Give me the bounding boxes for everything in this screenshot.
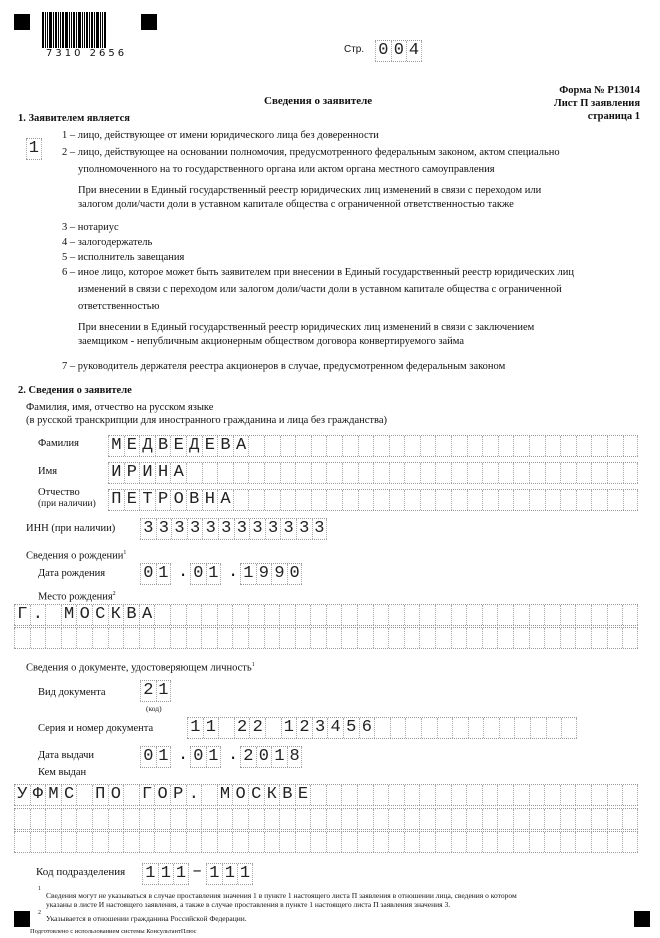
char-cell [576,463,592,483]
char-cell: 3 [296,519,312,539]
issue-date-label: Дата выдачи [38,749,94,762]
char-cell [591,436,607,456]
char-cell: С [61,785,77,805]
char-cell [529,628,545,648]
char-cell [499,718,515,738]
char-cell: В [123,605,139,625]
option-2-note: При внесении в Единый государственный ре… [78,184,541,197]
char-cell [232,628,248,648]
char-cell [544,832,560,852]
char-cell [591,463,607,483]
char-cell [404,490,420,510]
char-cell: 4 [327,718,343,738]
date-separator: . [178,746,188,766]
char-cell [123,785,139,805]
char-cell [170,832,186,852]
char-cell [482,809,498,829]
char-cell [248,605,264,625]
prepared-with-note: Подготовлено с использованием системы Ко… [30,928,197,935]
char-cell [326,785,342,805]
char-cell [466,785,482,805]
char-cell [139,832,155,852]
char-cell: 1 [203,718,219,738]
char-cell: А [139,605,155,625]
char-cell [14,832,30,852]
char-cell: 1 [240,564,256,584]
char-cell [607,463,623,483]
char-cell [591,809,607,829]
char-cell [341,785,357,805]
char-cell [497,628,513,648]
char-cell [201,809,217,829]
inn-label: ИНН (при наличии) [26,522,115,535]
char-cell [373,785,389,805]
page-number-field[interactable]: 004 [375,40,422,62]
char-cell: О [232,785,248,805]
char-cell: 1 [206,864,222,884]
char-cell [622,628,638,648]
char-cell: 1 [156,747,172,767]
char-cell [373,605,389,625]
char-cell [139,809,155,829]
char-cell [482,605,498,625]
char-cell [170,628,186,648]
char-cell [108,809,124,829]
char-cell [560,809,576,829]
patronymic-label: Отчество [38,486,80,499]
char-cell: . [30,605,46,625]
char-cell: Ф [30,785,46,805]
char-cell [466,628,482,648]
char-cell [419,809,435,829]
char-cell: 1 [156,681,172,701]
char-cell [154,628,170,648]
char-cell [435,463,451,483]
char-cell [482,490,498,510]
char-cell [513,436,529,456]
fio-caption: (в русской транскрипции для иностранного… [26,414,387,427]
char-cell [529,436,545,456]
char-cell [560,628,576,648]
section2-heading: 2. Сведения о заявителе [18,384,132,397]
issued-by-field-2[interactable] [14,808,638,830]
char-cell [357,832,373,852]
char-cell [513,809,529,829]
char-cell: 5 [343,718,359,738]
char-cell: 0 [140,747,156,767]
char-cell: 2 [140,681,156,701]
char-cell [421,718,437,738]
char-cell: 3 [156,519,172,539]
char-cell [30,628,46,648]
char-cell: М [217,785,233,805]
char-cell: К [264,785,280,805]
char-cell: Е [295,785,311,805]
char-cell [466,809,482,829]
char-cell [92,809,108,829]
char-cell [420,490,436,510]
sheet-page: страница 1 [554,110,640,123]
char-cell [311,436,327,456]
char-cell: О [76,605,92,625]
char-cell: 4 [406,41,422,61]
char-cell [108,832,124,852]
division-code-part1[interactable]: 111 [142,863,189,885]
char-cell [279,809,295,829]
char-cell [498,463,514,483]
char-cell [341,605,357,625]
birth-place-field-2[interactable] [14,627,638,649]
char-cell [435,785,451,805]
char-cell [451,785,467,805]
char-cell [373,436,389,456]
char-cell [435,436,451,456]
char-cell: 8 [287,747,303,767]
doc-type-label: Вид документа [38,686,106,699]
char-cell [248,628,264,648]
char-cell [357,605,373,625]
char-cell [186,832,202,852]
char-cell [342,490,358,510]
birth-day-field[interactable]: 01 [140,563,171,585]
char-cell [575,605,591,625]
char-cell [404,628,420,648]
char-cell [264,436,280,456]
fio-caption: Фамилия, имя, отчество на русском языке [26,401,213,414]
char-cell [576,436,592,456]
issue-day-field[interactable]: 01 [140,746,171,768]
char-cell: П [92,785,108,805]
footnote-marker-2: 2 [38,910,41,916]
char-cell [482,785,498,805]
char-cell [623,436,639,456]
char-cell [217,463,233,483]
char-cell [373,832,389,852]
option-1: 1 – лицо, действующее от имени юридическ… [62,129,379,142]
option-6-note: заемщиком - непубличным акционерным обще… [78,335,464,348]
char-cell [295,628,311,648]
char-cell [591,832,607,852]
issued-by-field-3[interactable] [14,831,638,853]
char-cell: С [92,605,108,625]
char-cell [232,605,248,625]
issue-year-field[interactable]: 2018 [240,746,302,768]
char-cell [341,628,357,648]
char-cell [467,436,483,456]
surname-field[interactable]: МЕДВЕДЕВА [108,435,638,457]
char-cell [264,809,280,829]
char-cell [513,490,529,510]
char-cell [435,628,451,648]
char-cell [30,809,46,829]
char-cell [560,785,576,805]
char-cell: С [248,785,264,805]
char-cell [545,463,561,483]
char-cell [358,490,374,510]
char-cell: Н [202,490,218,510]
char-cell [326,628,342,648]
char-cell [170,809,186,829]
char-cell [186,628,202,648]
char-cell [280,463,296,483]
section1-heading: 1. Заявителем является [18,112,130,125]
char-cell [389,490,405,510]
char-cell [420,463,436,483]
char-cell [607,832,623,852]
char-cell [529,832,545,852]
birth-place-label: Место рождения2 [38,588,116,604]
char-cell: 3 [280,519,296,539]
name-field[interactable]: ИРИНА [108,462,638,484]
issued-by-field[interactable]: УФМСПОГОР.МОСКВЕ [14,784,638,806]
birth-month-field[interactable]: 01 [190,563,221,585]
char-cell: А [233,436,249,456]
char-cell [170,605,186,625]
char-cell [357,628,373,648]
char-cell [545,490,561,510]
char-cell [529,490,545,510]
char-cell [451,832,467,852]
char-cell: Е [124,436,140,456]
char-cell: Г [139,785,155,805]
doc-type-sublabel: (код) [146,704,162,713]
form-number: Форма № Р13014 [554,84,640,97]
char-cell: 1 [206,564,222,584]
char-cell [404,832,420,852]
char-cell [575,832,591,852]
char-cell: 3 [312,718,328,738]
footnote-1: Сведения могут не указываться в случае п… [46,891,517,900]
char-cell [61,832,77,852]
char-cell [576,490,592,510]
char-cell [405,718,421,738]
char-cell [561,718,577,738]
char-cell [513,832,529,852]
char-cell [482,628,498,648]
sheet-label: Лист П заявления [554,97,640,110]
char-cell: 3 [218,519,234,539]
char-cell [108,628,124,648]
char-cell [419,628,435,648]
char-cell [201,605,217,625]
char-cell [390,718,406,738]
char-cell: У [14,785,30,805]
char-cell [560,605,576,625]
char-cell: О [170,490,186,510]
char-cell [358,463,374,483]
birth-caption-text: Сведения о рождении [26,551,123,562]
char-cell [76,832,92,852]
char-cell: 3 [171,519,187,539]
surname-label: Фамилия [38,437,79,450]
char-cell: . [186,785,202,805]
char-cell [295,809,311,829]
char-cell [498,436,514,456]
char-cell [76,785,92,805]
division-dash: – [192,862,202,882]
char-cell [279,832,295,852]
char-cell: М [61,605,77,625]
char-cell: Р [170,785,186,805]
char-cell: М [108,436,124,456]
char-cell [295,832,311,852]
char-cell [233,463,249,483]
footnote-2: Указывается в отношении гражданина Росси… [46,914,247,923]
char-cell [575,785,591,805]
char-cell [310,809,326,829]
char-cell [560,463,576,483]
char-cell [514,718,530,738]
char-cell [435,809,451,829]
inn-field[interactable]: 333333333333 [140,518,327,540]
char-cell [482,463,498,483]
char-cell [437,718,453,738]
char-cell [248,832,264,852]
char-cell [468,718,484,738]
char-cell [123,809,139,829]
option-2: 2 – лицо, действующее на основании полно… [62,146,560,159]
birth-year-field[interactable]: 1990 [240,563,302,585]
char-cell [560,490,576,510]
char-cell: 9 [271,564,287,584]
char-cell: Н [155,463,171,483]
char-cell [623,490,639,510]
char-cell [310,785,326,805]
char-cell [482,832,498,852]
char-cell [467,490,483,510]
option-7: 7 – руководитель держателя реестра акцио… [62,360,505,373]
char-cell [452,718,468,738]
patronymic-field[interactable]: ПЕТРОВНА [108,489,638,511]
char-cell [45,605,61,625]
char-cell [264,463,280,483]
doc-type-field[interactable]: 21 [140,680,171,702]
char-cell [232,832,248,852]
char-cell [622,832,638,852]
birth-caption: Сведения о рождении1 [26,547,126,563]
char-cell [529,605,545,625]
char-cell [154,832,170,852]
corner-marker [14,911,30,927]
char-cell: Е [202,436,218,456]
char-cell [186,463,202,483]
char-cell [233,490,249,510]
char-cell [295,490,311,510]
doc-number-field[interactable]: 1122123456 [187,717,577,739]
char-cell [388,628,404,648]
corner-marker [14,14,30,30]
char-cell [420,436,436,456]
char-cell [61,809,77,829]
char-cell [435,605,451,625]
char-cell [513,463,529,483]
char-cell: 1 [281,718,297,738]
char-cell: 2 [249,718,265,738]
division-code-label: Код подразделения [36,866,125,878]
char-cell [482,436,498,456]
corner-marker [141,14,157,30]
char-cell [374,718,390,738]
char-cell: Д [186,436,202,456]
char-cell [467,463,483,483]
char-cell [295,436,311,456]
char-cell [154,605,170,625]
char-cell [326,490,342,510]
char-cell [404,605,420,625]
char-cell [341,809,357,829]
char-cell [264,628,280,648]
char-cell: В [155,436,171,456]
option-6-note: При внесении в Единый государственный ре… [78,321,534,334]
page-label: Стр. [344,44,364,55]
char-cell [311,463,327,483]
char-cell: 0 [190,747,206,767]
char-cell [544,809,560,829]
char-cell [544,785,560,805]
char-cell [358,436,374,456]
char-cell [451,463,467,483]
char-cell [186,605,202,625]
char-cell [435,490,451,510]
char-cell [311,490,327,510]
birth-place-label-text: Место рождения [38,592,113,603]
char-cell: 1 [26,139,42,159]
doc-caption: Сведения о документе, удостоверяющем лич… [26,659,255,675]
char-cell [326,463,342,483]
char-cell [483,718,499,738]
char-cell [186,809,202,829]
char-cell: Р [155,490,171,510]
char-cell [466,832,482,852]
char-cell [622,785,638,805]
division-code-part2[interactable]: 111 [206,863,253,885]
char-cell: М [45,785,61,805]
char-cell: И [108,463,124,483]
char-cell [529,809,545,829]
char-cell [497,605,513,625]
char-cell: О [154,785,170,805]
birth-place-field[interactable]: Г.МОСКВА [14,604,638,626]
date-separator: . [178,563,188,583]
char-cell: 0 [375,41,391,61]
option-2-cont: уполномоченного на то государственного о… [78,163,495,176]
char-cell [139,628,155,648]
char-cell [202,463,218,483]
char-cell: 0 [190,564,206,584]
char-cell [342,463,358,483]
char-cell [513,785,529,805]
char-cell [45,628,61,648]
footnote-1-cont: указаны в листе И настоящего заявления, … [46,900,450,909]
char-cell: 3 [249,519,265,539]
char-cell [248,490,264,510]
char-cell [497,785,513,805]
char-cell: 1 [158,864,174,884]
issue-month-field[interactable]: 01 [190,746,221,768]
char-cell: 1 [206,747,222,767]
char-cell [591,605,607,625]
issued-by-label: Кем выдан [38,766,86,779]
char-cell [404,785,420,805]
char-cell: П [108,490,124,510]
char-cell: А [170,463,186,483]
char-cell [310,628,326,648]
char-cell [388,605,404,625]
char-cell [607,605,623,625]
char-cell: К [108,605,124,625]
char-cell [466,605,482,625]
applicant-type-field[interactable]: 1 [26,138,42,160]
